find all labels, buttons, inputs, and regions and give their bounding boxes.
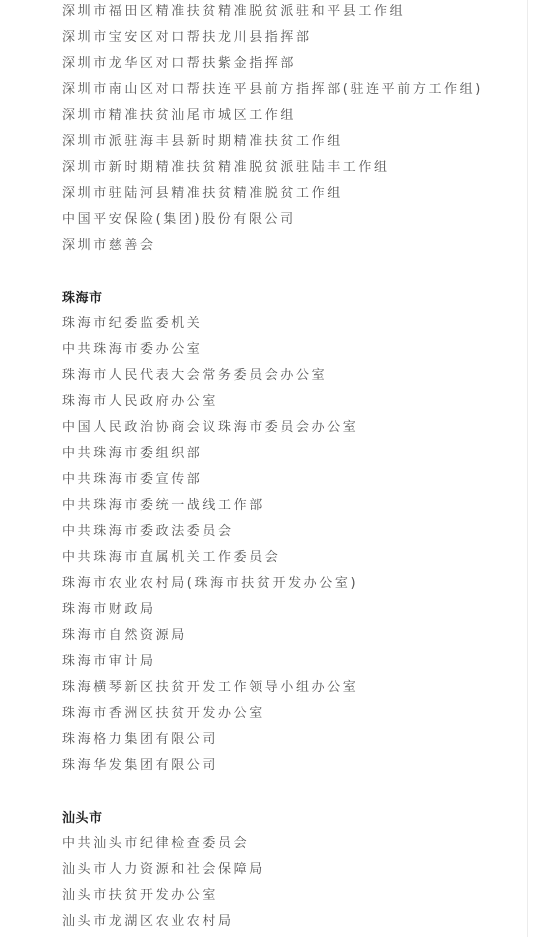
list-item: 中国平安保险(集团)股份有限公司	[62, 208, 522, 234]
section-heading: 珠海市	[62, 286, 522, 312]
list-item: 深圳市南山区对口帮扶连平县前方指挥部(驻连平前方工作组)	[62, 78, 522, 104]
list-item: 珠海市香洲区扶贫开发办公室	[62, 702, 522, 728]
section-zhuhai: 珠海市 珠海市纪委监委机关 中共珠海市委办公室 珠海市人民代表大会常务委员会办公…	[62, 286, 522, 780]
list-item: 中共珠海市委政法委员会	[62, 520, 522, 546]
list-item: 中共珠海市委宣传部	[62, 468, 522, 494]
list-item: 深圳市福田区精准扶贫精准脱贫派驻和平县工作组	[62, 0, 522, 26]
list-item: 深圳市龙华区对口帮扶紫金指挥部	[62, 52, 522, 78]
section-heading: 汕头市	[62, 806, 522, 832]
list-item: 深圳市驻陆河县精准扶贫精准脱贫工作组	[62, 182, 522, 208]
list-item: 珠海市纪委监委机关	[62, 312, 522, 338]
list-item: 深圳市宝安区对口帮扶龙川县指挥部	[62, 26, 522, 52]
document-body: 深圳市福田区精准扶贫精准脱贫派驻和平县工作组 深圳市宝安区对口帮扶龙川县指挥部 …	[62, 0, 522, 936]
list-item: 珠海格力集团有限公司	[62, 728, 522, 754]
list-item: 中共珠海市委统一战线工作部	[62, 494, 522, 520]
page-edge-divider	[527, 0, 528, 937]
list-item: 珠海横琴新区扶贫开发工作领导小组办公室	[62, 676, 522, 702]
list-item: 中共珠海市直属机关工作委员会	[62, 546, 522, 572]
list-item: 汕头市扶贫开发办公室	[62, 884, 522, 910]
section-spacer	[62, 780, 522, 806]
list-item: 汕头市人力资源和社会保障局	[62, 858, 522, 884]
list-item: 中共珠海市委办公室	[62, 338, 522, 364]
list-item: 珠海市农业农村局(珠海市扶贫开发办公室)	[62, 572, 522, 598]
section-shantou: 汕头市 中共汕头市纪律检查委员会 汕头市人力资源和社会保障局 汕头市扶贫开发办公…	[62, 806, 522, 936]
list-item: 珠海市审计局	[62, 650, 522, 676]
list-item: 中国人民政治协商会议珠海市委员会办公室	[62, 416, 522, 442]
list-item: 深圳市新时期精准扶贫精准脱贫派驻陆丰工作组	[62, 156, 522, 182]
list-item: 深圳市精准扶贫汕尾市城区工作组	[62, 104, 522, 130]
list-item: 珠海市财政局	[62, 598, 522, 624]
list-item: 深圳市派驻海丰县新时期精准扶贫工作组	[62, 130, 522, 156]
list-item: 中共珠海市委组织部	[62, 442, 522, 468]
list-item: 汕头市龙湖区农业农村局	[62, 910, 522, 936]
list-item: 珠海市人民代表大会常务委员会办公室	[62, 364, 522, 390]
list-item: 中共汕头市纪律检查委员会	[62, 832, 522, 858]
list-item: 深圳市慈善会	[62, 234, 522, 260]
list-item: 珠海市自然资源局	[62, 624, 522, 650]
list-item: 珠海华发集团有限公司	[62, 754, 522, 780]
list-item: 珠海市人民政府办公室	[62, 390, 522, 416]
section-spacer	[62, 260, 522, 286]
section-shenzhen-continued: 深圳市福田区精准扶贫精准脱贫派驻和平县工作组 深圳市宝安区对口帮扶龙川县指挥部 …	[62, 0, 522, 260]
